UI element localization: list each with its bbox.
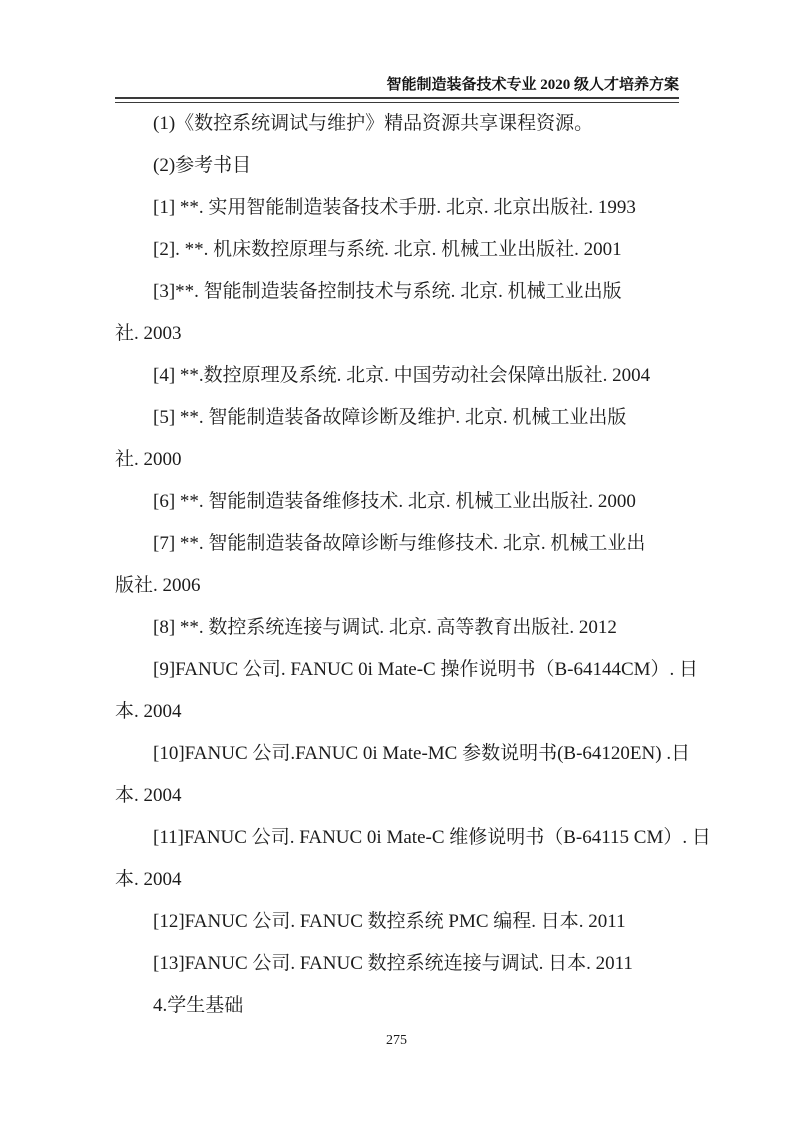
text-line: 4.学生基础 (115, 985, 679, 1027)
text-line: 本. 2004 (115, 691, 679, 733)
text-line: (2)参考书目 (115, 145, 679, 187)
page-footer: 275 (0, 1033, 793, 1049)
text-line: [4] **.数控原理及系统. 北京. 中国劳动社会保障出版社. 2004 (115, 355, 679, 397)
text-line: [5] **. 智能制造装备故障诊断及维护. 北京. 机械工业出版 (115, 397, 679, 439)
text-line: [11]FANUC 公司. FANUC 0i Mate-C 维修说明书（B-64… (115, 817, 679, 859)
document-page: 智能制造装备技术专业 2020 级人才培养方案 (1)《数控系统调试与维护》精品… (0, 0, 793, 1122)
text-line: [9]FANUC 公司. FANUC 0i Mate-C 操作说明书（B-641… (115, 649, 679, 691)
header-title: 智能制造装备技术专业 2020 级人才培养方案 (115, 76, 679, 94)
page-header: 智能制造装备技术专业 2020 级人才培养方案 (115, 76, 679, 103)
text-line: [10]FANUC 公司.FANUC 0i Mate-MC 参数说明书(B-64… (115, 733, 679, 775)
text-line: 本. 2004 (115, 859, 679, 901)
text-line: [7] **. 智能制造装备故障诊断与维修技术. 北京. 机械工业出 (115, 523, 679, 565)
page-number: 275 (386, 1033, 407, 1048)
text-line: 社. 2000 (115, 439, 679, 481)
text-line: [3]**. 智能制造装备控制技术与系统. 北京. 机械工业出版 (115, 271, 679, 313)
text-line: [6] **. 智能制造装备维修技术. 北京. 机械工业出版社. 2000 (115, 481, 679, 523)
text-line: 本. 2004 (115, 775, 679, 817)
document-body: (1)《数控系统调试与维护》精品资源共享课程资源。 (2)参考书目 [1] **… (115, 103, 679, 1027)
text-line: [2]. **. 机床数控原理与系统. 北京. 机械工业出版社. 2001 (115, 229, 679, 271)
text-line: [13]FANUC 公司. FANUC 数控系统连接与调试. 日本. 2011 (115, 943, 679, 985)
text-line: 社. 2003 (115, 313, 679, 355)
text-line: (1)《数控系统调试与维护》精品资源共享课程资源。 (115, 103, 679, 145)
text-line: [8] **. 数控系统连接与调试. 北京. 高等教育出版社. 2012 (115, 607, 679, 649)
text-line: [1] **. 实用智能制造装备技术手册. 北京. 北京出版社. 1993 (115, 187, 679, 229)
text-line: [12]FANUC 公司. FANUC 数控系统 PMC 编程. 日本. 201… (115, 901, 679, 943)
text-line: 版社. 2006 (115, 565, 679, 607)
